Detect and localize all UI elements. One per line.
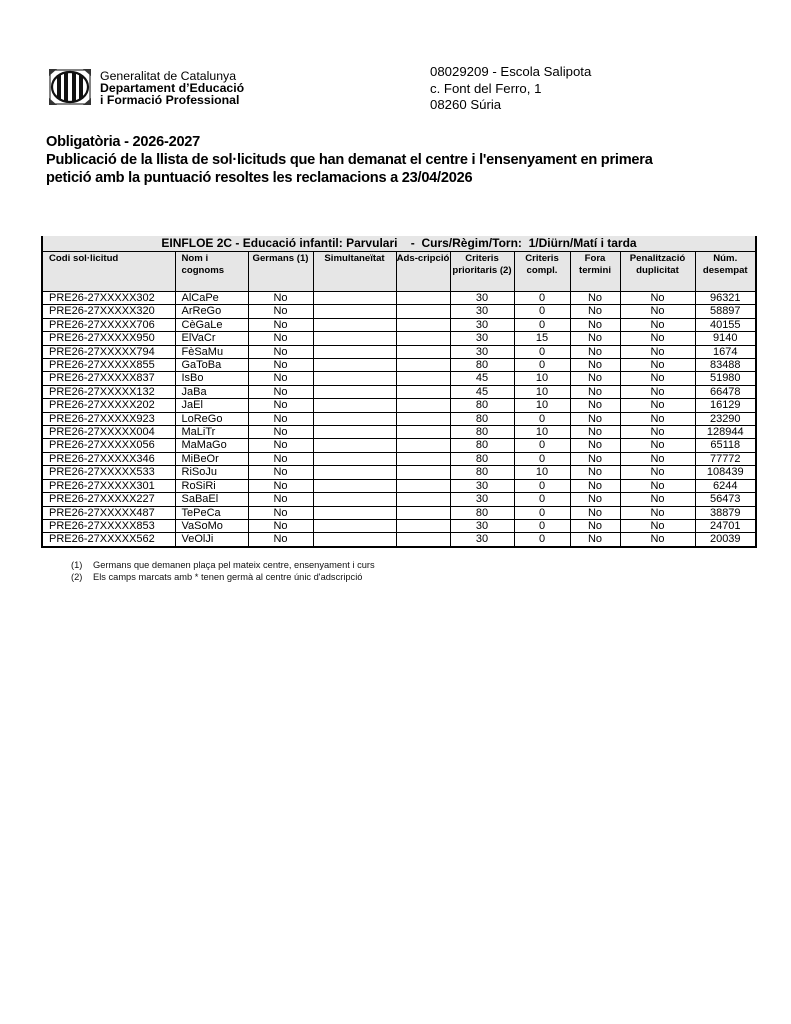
cell-penalitzacio: No [620, 399, 695, 412]
cell-germans: No [248, 533, 313, 547]
cell-penalitzacio: No [620, 452, 695, 465]
cell-adscripcio [396, 372, 450, 385]
col-header-criteris-prioritaris: Criteris prioritaris (2) [450, 252, 514, 292]
cell-num-desempat: 77772 [695, 452, 756, 465]
cell-codi: PRE26-27XXXXX837 [42, 372, 175, 385]
cell-penalitzacio: No [620, 292, 695, 305]
cell-adscripcio [396, 305, 450, 318]
title-year: Obligatòria - 2026-2027 [46, 133, 653, 151]
col-header-simultaneitat: Simultaneïtat [313, 252, 396, 292]
cell-penalitzacio: No [620, 359, 695, 372]
cell-penalitzacio: No [620, 466, 695, 479]
cell-codi: PRE26-27XXXXX853 [42, 519, 175, 532]
cell-codi: PRE26-27XXXXX202 [42, 399, 175, 412]
cell-simultaneitat [313, 399, 396, 412]
cell-germans: No [248, 399, 313, 412]
cell-adscripcio [396, 439, 450, 452]
col-header-codi: Codi sol·licitud [42, 252, 175, 292]
cell-fora-termini: No [570, 506, 620, 519]
cell-criteris-compl: 0 [514, 412, 570, 425]
footnotes: (1)Germans que demanen plaça pel mateix … [71, 560, 375, 583]
cell-germans: No [248, 305, 313, 318]
cell-penalitzacio: No [620, 318, 695, 331]
cell-simultaneitat [313, 439, 396, 452]
table-row: PRE26-27XXXXX487TePeCaNo800NoNo38879 [42, 506, 756, 519]
cell-germans: No [248, 493, 313, 506]
cell-codi: PRE26-27XXXXX950 [42, 332, 175, 345]
cell-germans: No [248, 479, 313, 492]
cell-penalitzacio: No [620, 345, 695, 358]
cell-num-desempat: 83488 [695, 359, 756, 372]
table-caption: EINFLOE 2C - Educació infantil: Parvular… [42, 236, 756, 252]
cell-germans: No [248, 466, 313, 479]
cell-adscripcio [396, 519, 450, 532]
table-row: PRE26-27XXXXX227SaBaElNo300NoNo56473 [42, 493, 756, 506]
cell-adscripcio [396, 385, 450, 398]
cell-simultaneitat [313, 305, 396, 318]
table-row: PRE26-27XXXXX562VeOlJiNo300NoNo20039 [42, 533, 756, 547]
cell-criteris-prioritaris: 80 [450, 452, 514, 465]
table-row: PRE26-27XXXXX004MaLiTrNo8010NoNo128944 [42, 426, 756, 439]
cell-simultaneitat [313, 506, 396, 519]
cell-num-desempat: 1674 [695, 345, 756, 358]
cell-fora-termini: No [570, 479, 620, 492]
cell-nom: CèGaLe [175, 318, 248, 331]
cell-nom: MiBeOr [175, 452, 248, 465]
cell-codi: PRE26-27XXXXX346 [42, 452, 175, 465]
table-row: PRE26-27XXXXX855GaToBaNo800NoNo83488 [42, 359, 756, 372]
cell-fora-termini: No [570, 385, 620, 398]
footnote-1: (1)Germans que demanen plaça pel mateix … [71, 560, 375, 572]
cell-fora-termini: No [570, 372, 620, 385]
cell-simultaneitat [313, 533, 396, 547]
cell-criteris-compl: 0 [514, 533, 570, 547]
cell-simultaneitat [313, 452, 396, 465]
cell-germans: No [248, 426, 313, 439]
cell-codi: PRE26-27XXXXX923 [42, 412, 175, 425]
cell-criteris-prioritaris: 30 [450, 479, 514, 492]
table-row: PRE26-27XXXXX132JaBaNo4510NoNo66478 [42, 385, 756, 398]
cell-codi: PRE26-27XXXXX227 [42, 493, 175, 506]
cell-penalitzacio: No [620, 332, 695, 345]
cell-germans: No [248, 332, 313, 345]
cell-penalitzacio: No [620, 412, 695, 425]
cell-codi: PRE26-27XXXXX706 [42, 318, 175, 331]
cell-nom: FèSaMu [175, 345, 248, 358]
cell-fora-termini: No [570, 318, 620, 331]
cell-simultaneitat [313, 466, 396, 479]
cell-germans: No [248, 506, 313, 519]
cell-criteris-compl: 10 [514, 426, 570, 439]
cell-germans: No [248, 519, 313, 532]
cell-adscripcio [396, 399, 450, 412]
cell-penalitzacio: No [620, 519, 695, 532]
cell-germans: No [248, 359, 313, 372]
organization-name: Generalitat de Catalunya Departament d’E… [100, 70, 244, 106]
cell-criteris-prioritaris: 80 [450, 399, 514, 412]
cell-adscripcio [396, 493, 450, 506]
cell-simultaneitat [313, 426, 396, 439]
cell-adscripcio [396, 533, 450, 547]
col-header-adscripcio: Ads-cripció [396, 252, 450, 292]
cell-codi: PRE26-27XXXXX132 [42, 385, 175, 398]
table-row: PRE26-27XXXXX056MaMaGoNo800NoNo65118 [42, 439, 756, 452]
cell-criteris-prioritaris: 80 [450, 466, 514, 479]
cell-criteris-compl: 0 [514, 345, 570, 358]
cell-criteris-compl: 0 [514, 479, 570, 492]
cell-fora-termini: No [570, 439, 620, 452]
cell-criteris-prioritaris: 80 [450, 506, 514, 519]
cell-criteris-prioritaris: 80 [450, 412, 514, 425]
school-name: 08029209 - Escola Salipota [430, 64, 591, 81]
cell-criteris-compl: 10 [514, 372, 570, 385]
cell-num-desempat: 58897 [695, 305, 756, 318]
cell-codi: PRE26-27XXXXX533 [42, 466, 175, 479]
cell-criteris-prioritaris: 30 [450, 533, 514, 547]
table-header-row: Codi sol·licitud Nom i cognoms Germans (… [42, 252, 756, 292]
cell-criteris-compl: 10 [514, 466, 570, 479]
cell-germans: No [248, 385, 313, 398]
cell-fora-termini: No [570, 359, 620, 372]
cell-penalitzacio: No [620, 506, 695, 519]
cell-criteris-compl: 10 [514, 399, 570, 412]
cell-criteris-prioritaris: 45 [450, 385, 514, 398]
cell-adscripcio [396, 318, 450, 331]
cell-germans: No [248, 345, 313, 358]
cell-nom: MaLiTr [175, 426, 248, 439]
col-header-penalitzacio: Penalització duplicitat [620, 252, 695, 292]
cell-criteris-compl: 0 [514, 439, 570, 452]
cell-fora-termini: No [570, 399, 620, 412]
cell-nom: RoSiRi [175, 479, 248, 492]
cell-codi: PRE26-27XXXXX794 [42, 345, 175, 358]
table-row: PRE26-27XXXXX346MiBeOrNo800NoNo77772 [42, 452, 756, 465]
school-city: 08260 Súria [430, 97, 591, 114]
cell-criteris-prioritaris: 30 [450, 332, 514, 345]
cell-penalitzacio: No [620, 493, 695, 506]
table-row: PRE26-27XXXXX853VaSoMoNo300NoNo24701 [42, 519, 756, 532]
cell-num-desempat: 23290 [695, 412, 756, 425]
cell-codi: PRE26-27XXXXX302 [42, 292, 175, 305]
cell-criteris-prioritaris: 80 [450, 439, 514, 452]
table-row: PRE26-27XXXXX202JaElNo8010NoNo16129 [42, 399, 756, 412]
cell-num-desempat: 65118 [695, 439, 756, 452]
cell-codi: PRE26-27XXXXX004 [42, 426, 175, 439]
cell-nom: IsBo [175, 372, 248, 385]
cell-adscripcio [396, 479, 450, 492]
cell-fora-termini: No [570, 305, 620, 318]
cell-penalitzacio: No [620, 305, 695, 318]
cell-fora-termini: No [570, 426, 620, 439]
cell-fora-termini: No [570, 452, 620, 465]
cell-codi: PRE26-27XXXXX301 [42, 479, 175, 492]
cell-simultaneitat [313, 519, 396, 532]
cell-nom: JaEl [175, 399, 248, 412]
cell-fora-termini: No [570, 519, 620, 532]
cell-nom: LoReGo [175, 412, 248, 425]
cell-nom: TePeCa [175, 506, 248, 519]
cell-fora-termini: No [570, 412, 620, 425]
table-row: PRE26-27XXXXX923LoReGoNo800NoNo23290 [42, 412, 756, 425]
cell-simultaneitat [313, 385, 396, 398]
cell-fora-termini: No [570, 345, 620, 358]
cell-num-desempat: 6244 [695, 479, 756, 492]
school-address: c. Font del Ferro, 1 [430, 81, 591, 98]
table-row: PRE26-27XXXXX706CèGaLeNo300NoNo40155 [42, 318, 756, 331]
cell-adscripcio [396, 452, 450, 465]
org-line-3: i Formació Professional [100, 94, 244, 106]
table-row: PRE26-27XXXXX301RoSiRiNo300NoNo6244 [42, 479, 756, 492]
cell-penalitzacio: No [620, 533, 695, 547]
cell-codi: PRE26-27XXXXX056 [42, 439, 175, 452]
cell-criteris-compl: 0 [514, 493, 570, 506]
cell-nom: RiSoJu [175, 466, 248, 479]
cell-num-desempat: 96321 [695, 292, 756, 305]
school-info: 08029209 - Escola Salipota c. Font del F… [430, 64, 591, 114]
cell-num-desempat: 128944 [695, 426, 756, 439]
cell-simultaneitat [313, 412, 396, 425]
cell-simultaneitat [313, 359, 396, 372]
cell-num-desempat: 66478 [695, 385, 756, 398]
cell-adscripcio [396, 292, 450, 305]
col-header-num-desempat: Núm. desempat [695, 252, 756, 292]
cell-criteris-prioritaris: 80 [450, 359, 514, 372]
cell-criteris-prioritaris: 30 [450, 345, 514, 358]
cell-criteris-compl: 0 [514, 318, 570, 331]
cell-simultaneitat [313, 292, 396, 305]
cell-adscripcio [396, 426, 450, 439]
cell-criteris-compl: 0 [514, 292, 570, 305]
cell-num-desempat: 38879 [695, 506, 756, 519]
cell-penalitzacio: No [620, 479, 695, 492]
cell-num-desempat: 24701 [695, 519, 756, 532]
cell-germans: No [248, 292, 313, 305]
cell-num-desempat: 56473 [695, 493, 756, 506]
cell-fora-termini: No [570, 466, 620, 479]
cell-criteris-compl: 10 [514, 385, 570, 398]
cell-criteris-compl: 0 [514, 305, 570, 318]
col-header-fora-termini: Fora termini [570, 252, 620, 292]
cell-criteris-prioritaris: 80 [450, 426, 514, 439]
cell-codi: PRE26-27XXXXX487 [42, 506, 175, 519]
cell-simultaneitat [313, 345, 396, 358]
cell-criteris-compl: 0 [514, 359, 570, 372]
cell-nom: VaSoMo [175, 519, 248, 532]
cell-num-desempat: 51980 [695, 372, 756, 385]
cell-criteris-prioritaris: 45 [450, 372, 514, 385]
document-title: Obligatòria - 2026-2027 Publicació de la… [46, 133, 653, 187]
cell-criteris-prioritaris: 30 [450, 305, 514, 318]
cell-codi: PRE26-27XXXXX320 [42, 305, 175, 318]
generalitat-logo-icon [49, 69, 91, 105]
cell-germans: No [248, 452, 313, 465]
col-header-criteris-compl: Criteris compl. [514, 252, 570, 292]
footnote-2: (2)Els camps marcats amb * tenen germà a… [71, 572, 375, 584]
cell-nom: SaBaEl [175, 493, 248, 506]
applications-table: EINFLOE 2C - Educació infantil: Parvular… [41, 236, 757, 548]
col-header-germans: Germans (1) [248, 252, 313, 292]
cell-criteris-prioritaris: 30 [450, 318, 514, 331]
table-row: PRE26-27XXXXX950ElVaCrNo3015NoNo9140 [42, 332, 756, 345]
cell-simultaneitat [313, 493, 396, 506]
cell-adscripcio [396, 466, 450, 479]
cell-fora-termini: No [570, 332, 620, 345]
cell-adscripcio [396, 506, 450, 519]
cell-nom: JaBa [175, 385, 248, 398]
cell-nom: ElVaCr [175, 332, 248, 345]
cell-codi: PRE26-27XXXXX855 [42, 359, 175, 372]
cell-adscripcio [396, 345, 450, 358]
cell-nom: GaToBa [175, 359, 248, 372]
cell-criteris-prioritaris: 30 [450, 519, 514, 532]
cell-simultaneitat [313, 372, 396, 385]
cell-penalitzacio: No [620, 439, 695, 452]
table-row: PRE26-27XXXXX302AlCaPeNo300NoNo96321 [42, 292, 756, 305]
cell-simultaneitat [313, 332, 396, 345]
table-row: PRE26-27XXXXX533RiSoJuNo8010NoNo108439 [42, 466, 756, 479]
cell-nom: ArReGo [175, 305, 248, 318]
cell-penalitzacio: No [620, 372, 695, 385]
cell-criteris-prioritaris: 30 [450, 493, 514, 506]
cell-criteris-prioritaris: 30 [450, 292, 514, 305]
cell-num-desempat: 108439 [695, 466, 756, 479]
cell-criteris-compl: 0 [514, 452, 570, 465]
title-line-1: Publicació de la llista de sol·licituds … [46, 151, 653, 169]
table-row: PRE26-27XXXXX320ArReGoNo300NoNo58897 [42, 305, 756, 318]
cell-num-desempat: 16129 [695, 399, 756, 412]
cell-nom: AlCaPe [175, 292, 248, 305]
title-line-2: petició amb la puntuació resoltes les re… [46, 169, 653, 187]
cell-simultaneitat [313, 318, 396, 331]
col-header-nom: Nom i cognoms [175, 252, 248, 292]
cell-nom: VeOlJi [175, 533, 248, 547]
cell-fora-termini: No [570, 493, 620, 506]
cell-germans: No [248, 439, 313, 452]
cell-num-desempat: 40155 [695, 318, 756, 331]
cell-nom: MaMaGo [175, 439, 248, 452]
cell-simultaneitat [313, 479, 396, 492]
cell-fora-termini: No [570, 292, 620, 305]
cell-adscripcio [396, 412, 450, 425]
cell-criteris-compl: 0 [514, 519, 570, 532]
cell-fora-termini: No [570, 533, 620, 547]
cell-germans: No [248, 318, 313, 331]
cell-germans: No [248, 412, 313, 425]
table-row: PRE26-27XXXXX837IsBoNo4510NoNo51980 [42, 372, 756, 385]
cell-codi: PRE26-27XXXXX562 [42, 533, 175, 547]
cell-penalitzacio: No [620, 426, 695, 439]
cell-adscripcio [396, 359, 450, 372]
cell-germans: No [248, 372, 313, 385]
cell-num-desempat: 9140 [695, 332, 756, 345]
cell-criteris-compl: 15 [514, 332, 570, 345]
cell-penalitzacio: No [620, 385, 695, 398]
cell-adscripcio [396, 332, 450, 345]
cell-num-desempat: 20039 [695, 533, 756, 547]
table-row: PRE26-27XXXXX794FèSaMuNo300NoNo1674 [42, 345, 756, 358]
cell-criteris-compl: 0 [514, 506, 570, 519]
